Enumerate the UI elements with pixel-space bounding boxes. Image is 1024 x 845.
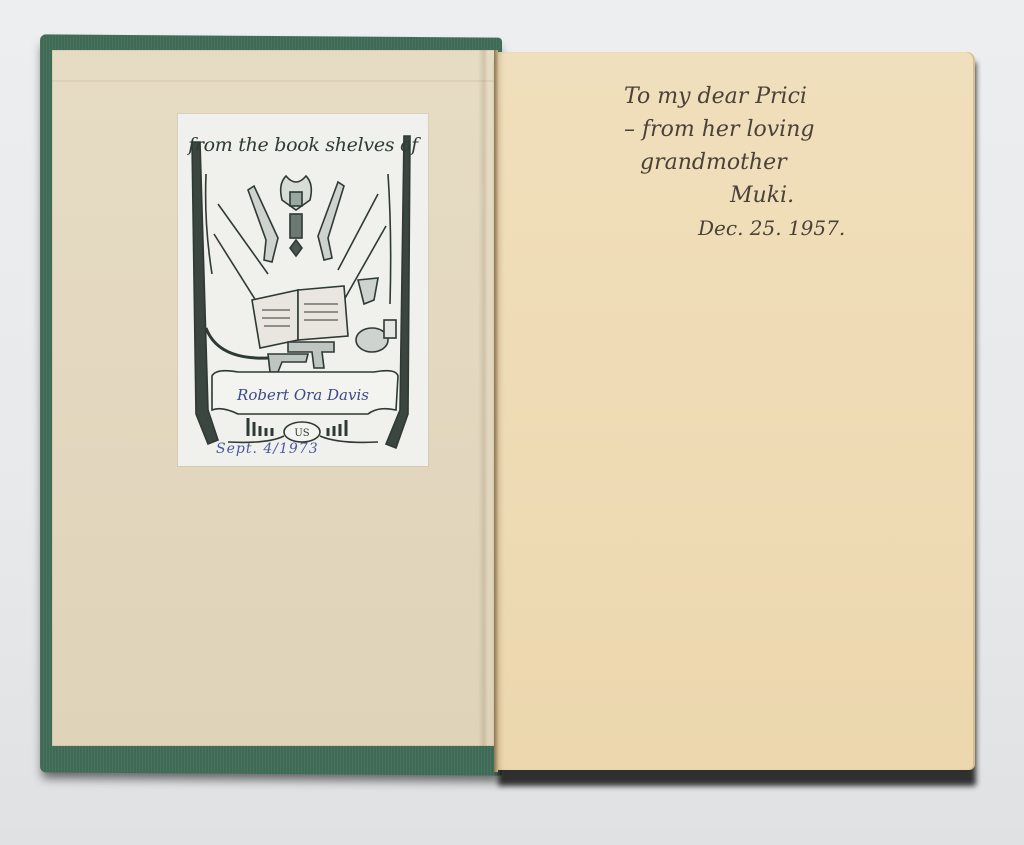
gutter bbox=[494, 50, 498, 772]
bookplate-title: from the book shelves of bbox=[178, 134, 428, 156]
photo-scene: US from the book shelves of Robert Ora D… bbox=[0, 0, 1024, 845]
bookplate-date: Sept. 4/1973 bbox=[216, 441, 319, 457]
inscription-date: Dec. 25. 1957. bbox=[618, 212, 948, 245]
handwritten-inscription: To my dear Prici – from her loving grand… bbox=[618, 80, 948, 245]
bookplate-illustration-icon: US bbox=[178, 114, 428, 466]
inscription-line: grandmother bbox=[618, 146, 948, 179]
inscription-line: – from her loving bbox=[618, 113, 948, 146]
bookplate-us-emblem: US bbox=[294, 428, 309, 439]
inscription-line: To my dear Prici bbox=[618, 80, 948, 113]
bookplate-owner-signature: Robert Ora Davis bbox=[218, 386, 388, 404]
bookplate: US from the book shelves of Robert Ora D… bbox=[178, 114, 428, 466]
inscription-signature: Muki. bbox=[618, 179, 948, 212]
